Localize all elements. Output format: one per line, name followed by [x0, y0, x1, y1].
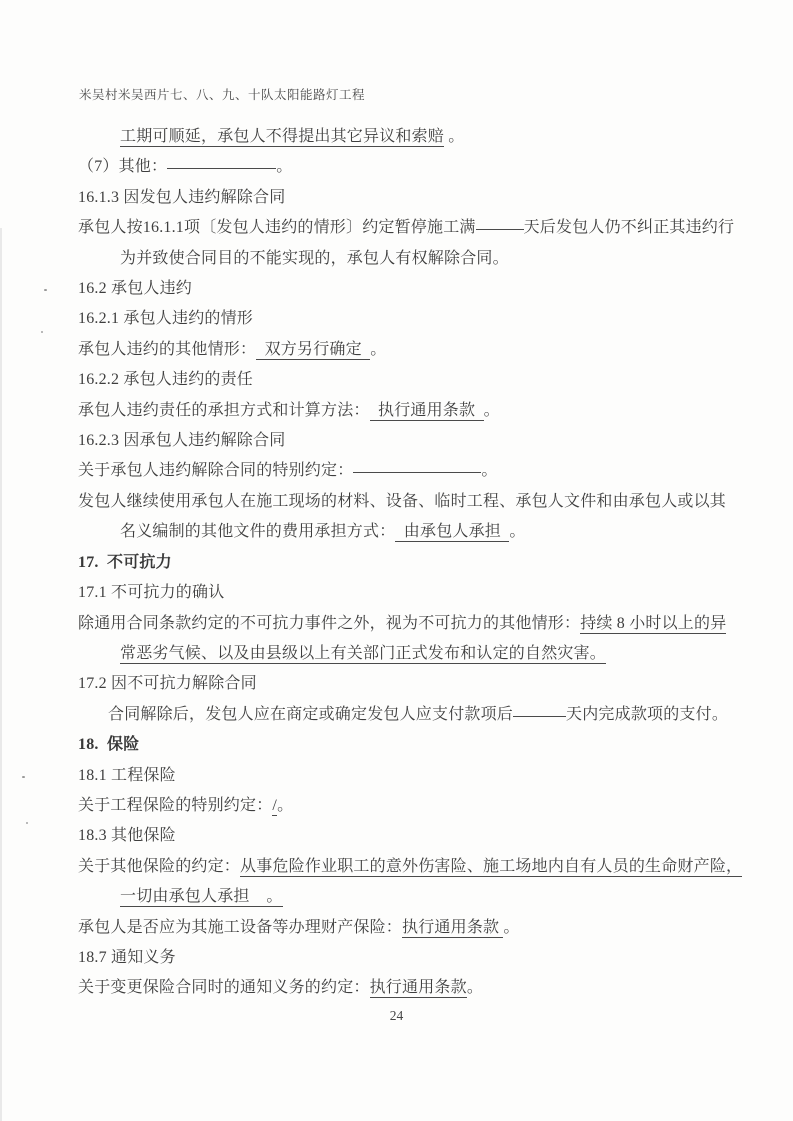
scan-speck [44, 289, 47, 291]
text-line: 16.2 承包人违约 [78, 274, 726, 304]
text-line: 常恶劣气候、以及由县级以上有关部门正式发布和认定的自然灾害。 [78, 639, 726, 669]
text-line: 17.1 不可抗力的确认 [78, 578, 726, 608]
text-run: 关于变更保险合同时的通知义务的约定： [78, 979, 370, 996]
text-run: 16.2 承包人违约 [78, 280, 192, 297]
text-run: 。 [277, 797, 293, 814]
underlined-text: 工期可顺延，承包人不得提出其它异议和索赔 [120, 128, 444, 147]
blank-underline [167, 152, 276, 169]
text-line: 18.3 其他保险 [78, 821, 726, 851]
text-line: 关于其他保险的约定：从事危险作业职工的意外伤害险、施工场地内自有人员的生命财产险… [78, 852, 726, 882]
scan-speck [26, 822, 28, 824]
text-run: 。 [481, 462, 497, 479]
text-run: 18.1 工程保险 [78, 767, 176, 784]
text-line: 16.2.1 承包人违约的情形 [78, 304, 726, 334]
section-heading-line: 17. 不可抗力 [78, 548, 726, 578]
text-run: 18.7 通知义务 [78, 949, 176, 966]
text-line: 承包人按16.1.1项〔发包人违约的情形〕约定暂停施工满 天后发包人仍不纠正其违… [78, 213, 726, 243]
text-line: 16.1.3 因发包人违约解除合同 [78, 183, 726, 213]
text-line: 关于承包人违约解除合同的特别约定： 。 [78, 456, 726, 486]
text-run: 17.1 不可抗力的确认 [78, 584, 224, 601]
text-run: 承包人按16.1.1项〔发包人违约的情形〕约定暂停施工满 [78, 219, 476, 236]
underlined-text: 常恶劣气候、以及由县级以上有关部门正式发布和认定的自然灾害。 [120, 645, 606, 664]
underlined-text: 一切由承包人承担 。 [120, 888, 283, 907]
scan-speck [41, 331, 43, 333]
underlined-text: 由承包人承担 [395, 523, 509, 542]
page-number: 24 [0, 1006, 793, 1026]
text-run: 名义编制的其他文件的费用承担方式： [120, 523, 395, 540]
underlined-text: 执行通用条款 [370, 979, 467, 998]
text-line: 17.2 因不可抗力解除合同 [78, 669, 726, 699]
text-line: 合同解除后，发包人应在商定或确定发包人应支付款项后 天内完成款项的支付。 [78, 700, 726, 730]
blank-underline [476, 213, 524, 230]
text-line: 工期可顺延，承包人不得提出其它异议和索赔 。 [78, 122, 726, 152]
underlined-text: 执行通用条款 [402, 919, 503, 938]
text-run: 天后发包人仍不纠正其违约行 [524, 219, 735, 236]
text-run: 16.2.3 因承包人违约解除合同 [78, 432, 285, 449]
blank-underline [353, 456, 481, 473]
scan-edge-artifact [0, 228, 2, 1121]
text-line: （7）其他： 。 [78, 152, 726, 182]
text-run: 16.2.2 承包人违约的责任 [78, 371, 253, 388]
text-line: 一切由承包人承担 。 [78, 882, 726, 912]
text-line: 关于变更保险合同时的通知义务的约定：执行通用条款。 [78, 973, 726, 1003]
blank-underline [513, 700, 566, 717]
text-line: 16.2.2 承包人违约的责任 [78, 365, 726, 395]
text-run: 18.3 其他保险 [78, 827, 176, 844]
text-run: 18. 保险 [78, 736, 139, 753]
text-line: 18.1 工程保险 [78, 761, 726, 791]
document-body: 工期可顺延，承包人不得提出其它异议和索赔 。（7）其他： 。16.1.3 因发包… [78, 122, 726, 1004]
underlined-text: 执行通用条款 [370, 402, 484, 421]
text-line: 承包人违约责任的承担方式和计算方法： 执行通用条款 。 [78, 396, 726, 426]
text-run: 关于工程保险的特别约定： [78, 797, 272, 814]
section-heading-line: 18. 保险 [78, 730, 726, 760]
underlined-text: 双方另行确定 [256, 341, 370, 360]
text-run: 16.2.1 承包人违约的情形 [78, 310, 253, 327]
text-run: 关于其他保险的约定： [78, 858, 240, 875]
text-line: 承包人是否应为其施工设备等办理财产保险：执行通用条款 。 [78, 913, 726, 943]
text-line: 承包人违约的其他情形： 双方另行确定 。 [78, 335, 726, 365]
text-run: 。 [370, 341, 386, 358]
text-run: 17. 不可抗力 [78, 554, 172, 571]
text-run: 承包人是否应为其施工设备等办理财产保险： [78, 919, 402, 936]
text-run: 合同解除后，发包人应在商定或确定发包人应支付款项后 [108, 706, 513, 723]
text-run: 17.2 因不可抗力解除合同 [78, 675, 257, 692]
text-line: 为并致使合同目的不能实现的，承包人有权解除合同。 [78, 244, 726, 274]
text-run: （7）其他： [78, 158, 167, 175]
scan-speck [22, 776, 25, 778]
text-run: 为并致使合同目的不能实现的，承包人有权解除合同。 [120, 250, 509, 267]
text-line: 名义编制的其他文件的费用承担方式： 由承包人承担 。 [78, 517, 726, 547]
text-line: 18.7 通知义务 [78, 943, 726, 973]
text-run: 天内完成款项的支付。 [566, 706, 728, 723]
text-line: 发包人继续使用承包人在施工现场的材料、设备、临时工程、承包人文件和由承包人或以其 [78, 487, 726, 517]
underlined-text: 持续 8 小时以上的异 [580, 615, 726, 634]
text-run: 。 [276, 158, 292, 175]
text-line: 除通用合同条款约定的不可抗力事件之外，视为不可抗力的其他情形：持续 8 小时以上… [78, 609, 726, 639]
text-run: 。 [503, 919, 519, 936]
text-run: 承包人违约责任的承担方式和计算方法： [78, 402, 370, 419]
project-name-header: 米吴村米吴西片七、八、九、十队太阳能路灯工程 [79, 87, 365, 103]
text-run: 。 [444, 128, 464, 145]
text-run: 。 [509, 523, 525, 540]
text-run: 关于承包人违约解除合同的特别约定： [78, 462, 353, 479]
text-run: 承包人违约的其他情形： [78, 341, 256, 358]
text-line: 关于工程保险的特别约定：/。 [78, 791, 726, 821]
text-run: 发包人继续使用承包人在施工现场的材料、设备、临时工程、承包人文件和由承包人或以其 [78, 493, 726, 510]
text-run: 16.1.3 因发包人违约解除合同 [78, 189, 285, 206]
text-run: 。 [467, 979, 483, 996]
text-run: 除通用合同条款约定的不可抗力事件之外，视为不可抗力的其他情形： [78, 615, 580, 632]
text-run: 。 [484, 402, 500, 419]
text-line: 16.2.3 因承包人违约解除合同 [78, 426, 726, 456]
document-page: 米吴村米吴西片七、八、九、十队太阳能路灯工程 工期可顺延，承包人不得提出其它异议… [0, 0, 793, 1121]
underlined-text: 从事危险作业职工的意外伤害险、施工场地内自有人员的生命财产险， [240, 858, 742, 877]
